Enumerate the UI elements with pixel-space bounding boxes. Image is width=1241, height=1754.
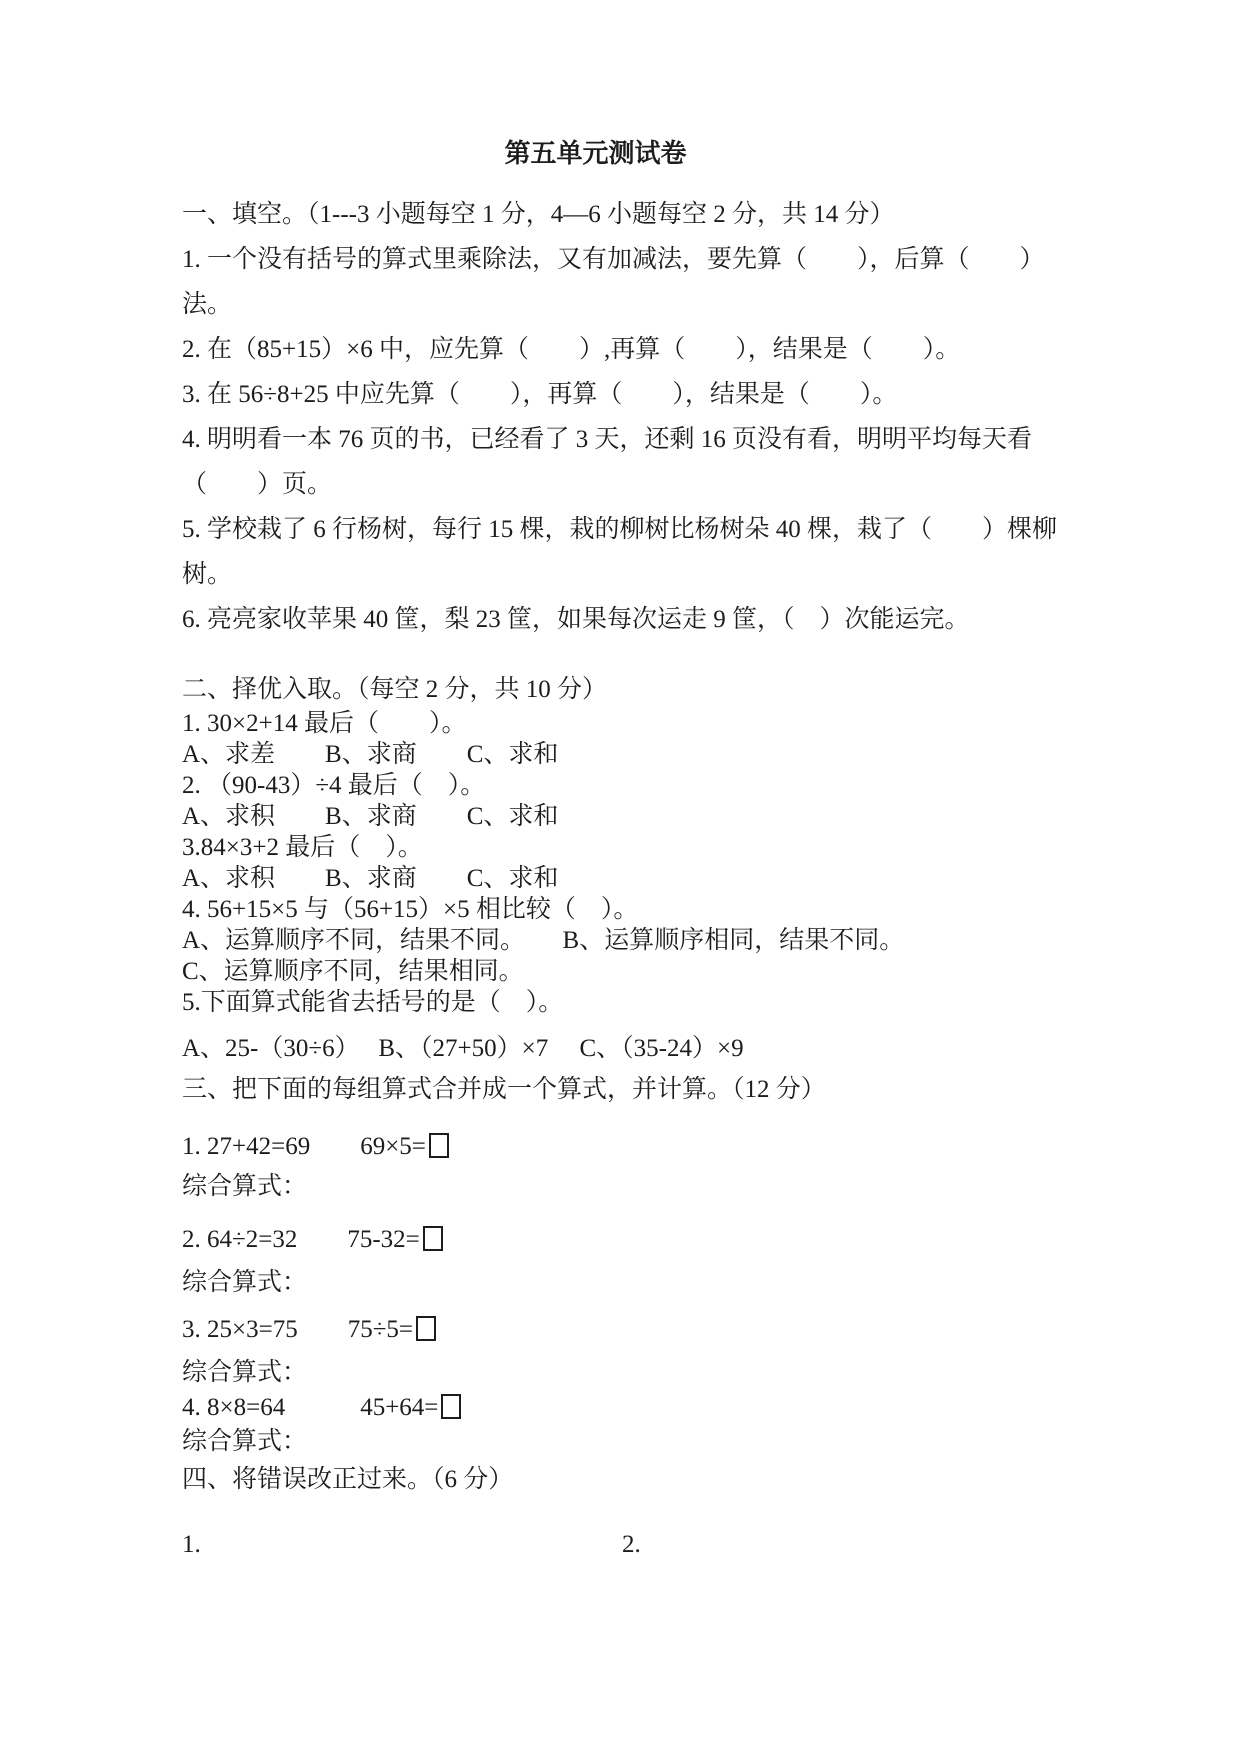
choice-options-2: A、求积 B、求商 C、求和 (182, 801, 1063, 832)
equation-pair-2: 2. 64÷2=32 75-32= (182, 1223, 1063, 1257)
section-multiple-choice: 二、择优入取。（每空 2 分，共 10 分） 1. 30×2+14 最后（ ）。… (182, 672, 1063, 1068)
page-title: 第五单元测试卷 (155, 136, 1036, 172)
section-correct-errors: 四、将错误改正过来。（6 分） 1.2. (182, 1461, 1063, 1562)
equation-pair-4: 4. 8×8=64 45+64= (182, 1391, 1063, 1425)
correction-items-row: 1.2. (182, 1528, 1063, 1562)
section-fill-blanks: 一、填空。（1---3 小题每空 1 分，4—6 小题每空 2 分，共 14 分… (182, 192, 1063, 642)
question-1: 1. 一个没有括号的算式里乘除法，又有加减法，要先算（ ），后算（ ）法。 (182, 237, 1063, 327)
choice-options-4ab: A、运算顺序不同，结果不同。 B、运算顺序相同，结果不同。 (182, 925, 1063, 956)
section2-heading: 二、择优入取。（每空 2 分，共 10 分） (182, 672, 1063, 708)
answer-box (416, 1316, 436, 1341)
question-5: 5. 学校栽了 6 行杨树，每行 15 棵，栽的柳树比杨树朵 40 棵，栽了（ … (182, 507, 1063, 597)
question-4: 4. 明明看一本 76 页的书，已经看了 3 天，还剩 16 页没有看，明明平均… (182, 417, 1063, 507)
choice-options-3: A、求积 B、求商 C、求和 (182, 863, 1063, 894)
choice-question-1: 1. 30×2+14 最后（ ）。 (182, 708, 1063, 739)
question-2: 2. 在（85+15）×6 中，应先算（ ）,再算（ ），结果是（ ）。 (182, 327, 1063, 372)
section3-heading: 三、把下面的每组算式合并成一个算式，并计算。（12 分） (182, 1068, 1063, 1112)
equation-text: 2. 64÷2=32 75-32= (182, 1226, 420, 1253)
combined-expression-label-4: 综合算式： (182, 1425, 1063, 1459)
choice-options-1: A、求差 B、求商 C、求和 (182, 739, 1063, 770)
question-3: 3. 在 56÷8+25 中应先算（ ），再算（ ），结果是（ ）。 (182, 372, 1063, 417)
choice-options-4c: C、运算顺序不同，结果相同。 (182, 956, 1063, 987)
answer-box (441, 1394, 461, 1419)
choice-question-3: 3.84×3+2 最后（ ）。 (182, 832, 1063, 863)
combined-expression-label-1: 综合算式： (182, 1170, 1063, 1204)
test-paper-page: 第五单元测试卷 一、填空。（1---3 小题每空 1 分，4—6 小题每空 2 … (0, 0, 1241, 1562)
equation-pair-3: 3. 25×3=75 75÷5= (182, 1313, 1063, 1347)
choice-question-2: 2. （90-43）÷4 最后（ ）。 (182, 770, 1063, 801)
answer-box (423, 1226, 443, 1251)
section-combine-expressions: 三、把下面的每组算式合并成一个算式，并计算。（12 分） 1. 27+42=69… (182, 1068, 1063, 1459)
section1-heading: 一、填空。（1---3 小题每空 1 分，4—6 小题每空 2 分，共 14 分… (182, 192, 1063, 237)
choice-options-5: A、25-（30÷6） B、（27+50）×7 C、（35-24）×9 (182, 1030, 1063, 1068)
correction-item-2: 2. (622, 1531, 641, 1558)
section4-heading: 四、将错误改正过来。（6 分） (182, 1461, 1063, 1499)
question-6: 6. 亮亮家收苹果 40 筐，梨 23 筐，如果每次运走 9 筐，（ ）次能运完… (182, 597, 1063, 642)
combined-expression-label-3: 综合算式： (182, 1356, 1063, 1390)
choice-question-5: 5.下面算式能省去括号的是（ ）。 (182, 987, 1063, 1018)
equation-text: 4. 8×8=64 45+64= (182, 1394, 438, 1421)
combined-expression-label-2: 综合算式： (182, 1266, 1063, 1300)
equation-pair-1: 1. 27+42=69 69×5= (182, 1130, 1063, 1164)
equation-text: 1. 27+42=69 69×5= (182, 1133, 426, 1160)
correction-item-1: 1. (182, 1528, 622, 1562)
answer-box (429, 1133, 449, 1158)
equation-text: 3. 25×3=75 75÷5= (182, 1316, 413, 1343)
choice-question-4: 4. 56+15×5 与（56+15）×5 相比较（ ）。 (182, 894, 1063, 925)
